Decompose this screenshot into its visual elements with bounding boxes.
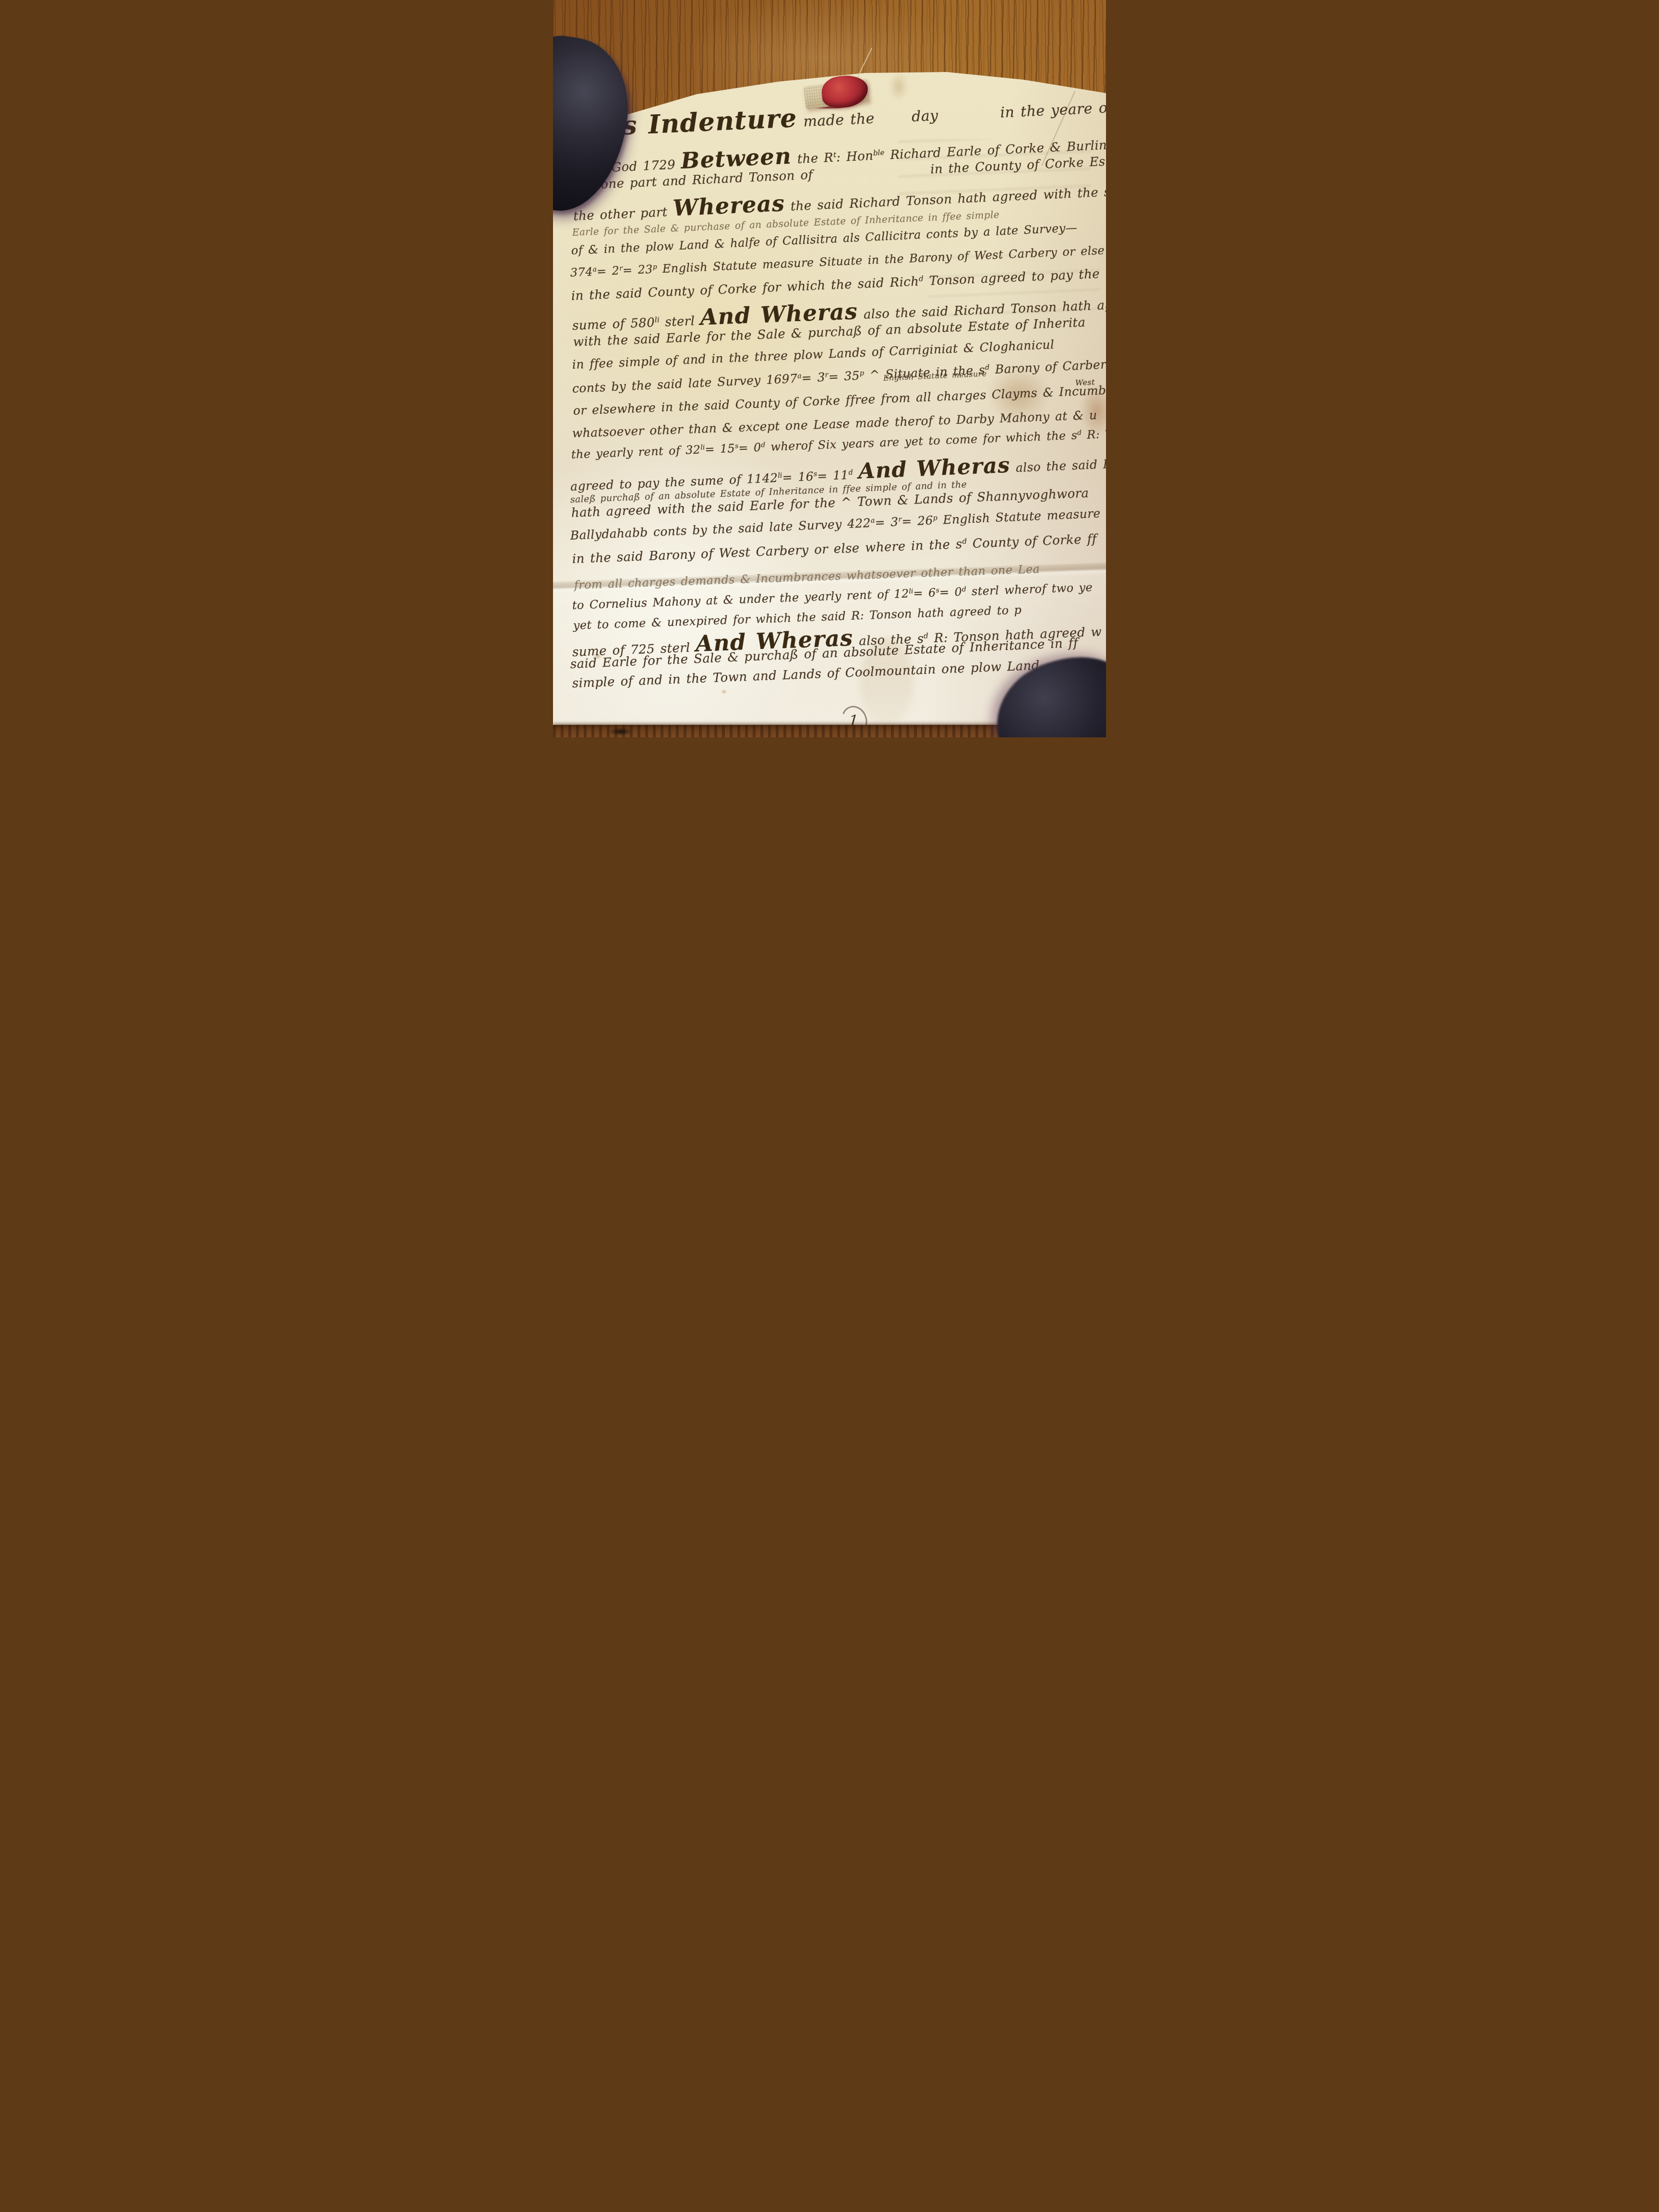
manuscript-text: = 0 — [939, 585, 962, 600]
manuscript-text: = 16 — [782, 469, 814, 485]
manuscript-text: Barony of Carbery — [989, 357, 1106, 377]
manuscript-text: sume of 580 — [572, 315, 655, 333]
manuscript-text: = 35 — [828, 369, 860, 384]
manuscript-script-word: Whereas — [673, 190, 785, 221]
manuscript-text: = 23 — [623, 263, 653, 277]
manuscript-text: = 3 — [801, 370, 825, 385]
manuscript-text: the R — [791, 151, 833, 167]
photo-scene: This Indenture made the day in the yeare… — [553, 0, 1106, 737]
manuscript-text: Ballydahabb conts by the said late Surve… — [570, 516, 871, 542]
manuscript-text: = 3 — [875, 515, 899, 529]
manuscript-text: R: Ton — [1082, 427, 1106, 442]
stain — [889, 72, 908, 101]
manuscript-text: the yearly rent of 32 — [571, 443, 701, 461]
manuscript-text: County of Corke ff — [967, 532, 1097, 551]
manuscript-text: = 15 — [705, 442, 735, 456]
manuscript-text: 374 — [570, 265, 593, 279]
manuscript-superscript: ble — [873, 148, 885, 157]
manuscript-text: = 6 — [913, 586, 936, 601]
manuscript-script-word: And Wheras — [858, 453, 1010, 484]
manuscript-text: : Hon — [836, 149, 874, 165]
manuscript-text: = 2 — [597, 264, 620, 278]
manuscript-text: in the said County of Corke for which th… — [571, 275, 919, 303]
manuscript-text: wherof Six years are yet to come for whi… — [765, 429, 1078, 454]
manuscript-text: the other part — [573, 205, 673, 224]
manuscript-text: conts by the said late Survey 1697 — [572, 372, 798, 396]
manuscript-text: ^ Situate in the s — [864, 363, 986, 382]
manuscript-text: = 11 — [817, 468, 849, 483]
manuscript-text: sterl — [659, 314, 700, 330]
wood-dark-spot — [610, 728, 632, 735]
manuscript-text: English Statute measure — [937, 506, 1101, 527]
manuscript-text: = 0 — [738, 441, 761, 455]
manuscript-text: the said Richard Tonson hath agreed with… — [785, 184, 1106, 214]
manuscript-text: also the said R: Ton — [1010, 456, 1106, 475]
manuscript-text: = 26 — [902, 513, 933, 529]
parchment-sheet: This Indenture made the day in the yeare… — [553, 0, 1106, 737]
manuscript-text: in the said Barony of West Carbery or el… — [572, 537, 962, 566]
